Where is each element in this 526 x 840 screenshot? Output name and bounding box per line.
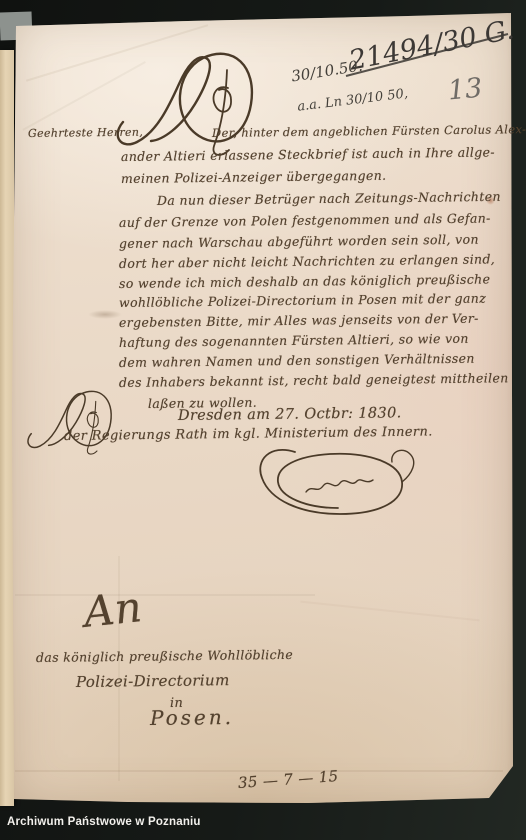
letter-line: so wende ich mich deshalb an das königli…: [119, 271, 490, 291]
dateline: Dresden am 27. Octbr: 1830.: [178, 405, 402, 424]
letter-line: meinen Polizei-Anzeiger übergegangen.: [121, 168, 387, 186]
received-date-note: 30/10.50.: [290, 56, 364, 85]
letter-line: gener nach Warschau abgeführt worden sei…: [119, 232, 479, 251]
pencil-page-number: 13: [447, 73, 484, 107]
signature-line: der Regierungs Rath im kgl. Ministerium …: [64, 424, 433, 444]
letter-line: dem wahren Namen und den sonstigen Verhä…: [119, 351, 475, 370]
address-line: das königlich preußische Wohllöbliche: [36, 647, 293, 665]
letter-line: des Inhabers bekannt ist, recht bald gen…: [119, 370, 509, 390]
salutation: Geehrteste Herren,: [28, 126, 143, 140]
bottom-shelfmark: 35 — 7 — 15: [237, 767, 339, 792]
letter-line: Der, hinter dem angeblichen Fürsten Caro…: [212, 122, 526, 140]
address-city: Posen.: [150, 705, 234, 730]
address-line: Polizei-Directorium: [76, 671, 230, 691]
ad-acta-note: a.a. Ln 30/10 50,: [297, 86, 409, 114]
letter-line: auf der Grenze von Polen festgenommen un…: [119, 210, 491, 230]
letter-line: haftung des sogenannten Fürsten Altieri,…: [119, 331, 469, 350]
letter-line: Da nun dieser Betrüger nach Zeitungs-Nac…: [157, 189, 501, 208]
letter-line: ergebensten Bitte, mir Alles was jenseit…: [119, 311, 479, 330]
letter-line: wohllöbliche Polizei-Directorium in Pose…: [119, 291, 486, 310]
letter-line: ander Altieri erlassene Steckbrief ist a…: [121, 144, 495, 164]
registry-number: 21494/30 G.: [347, 14, 517, 76]
scanned-document-page: 21494/30 G. 30/10.50. a.a. Ln 30/10 50, …: [0, 0, 526, 840]
archive-watermark-caption: Archiwum Państwowe w Poznaniu: [7, 816, 201, 828]
letter-line: dort her aber nicht leicht Nachrichten z…: [119, 251, 495, 271]
address-an: An: [81, 582, 144, 637]
